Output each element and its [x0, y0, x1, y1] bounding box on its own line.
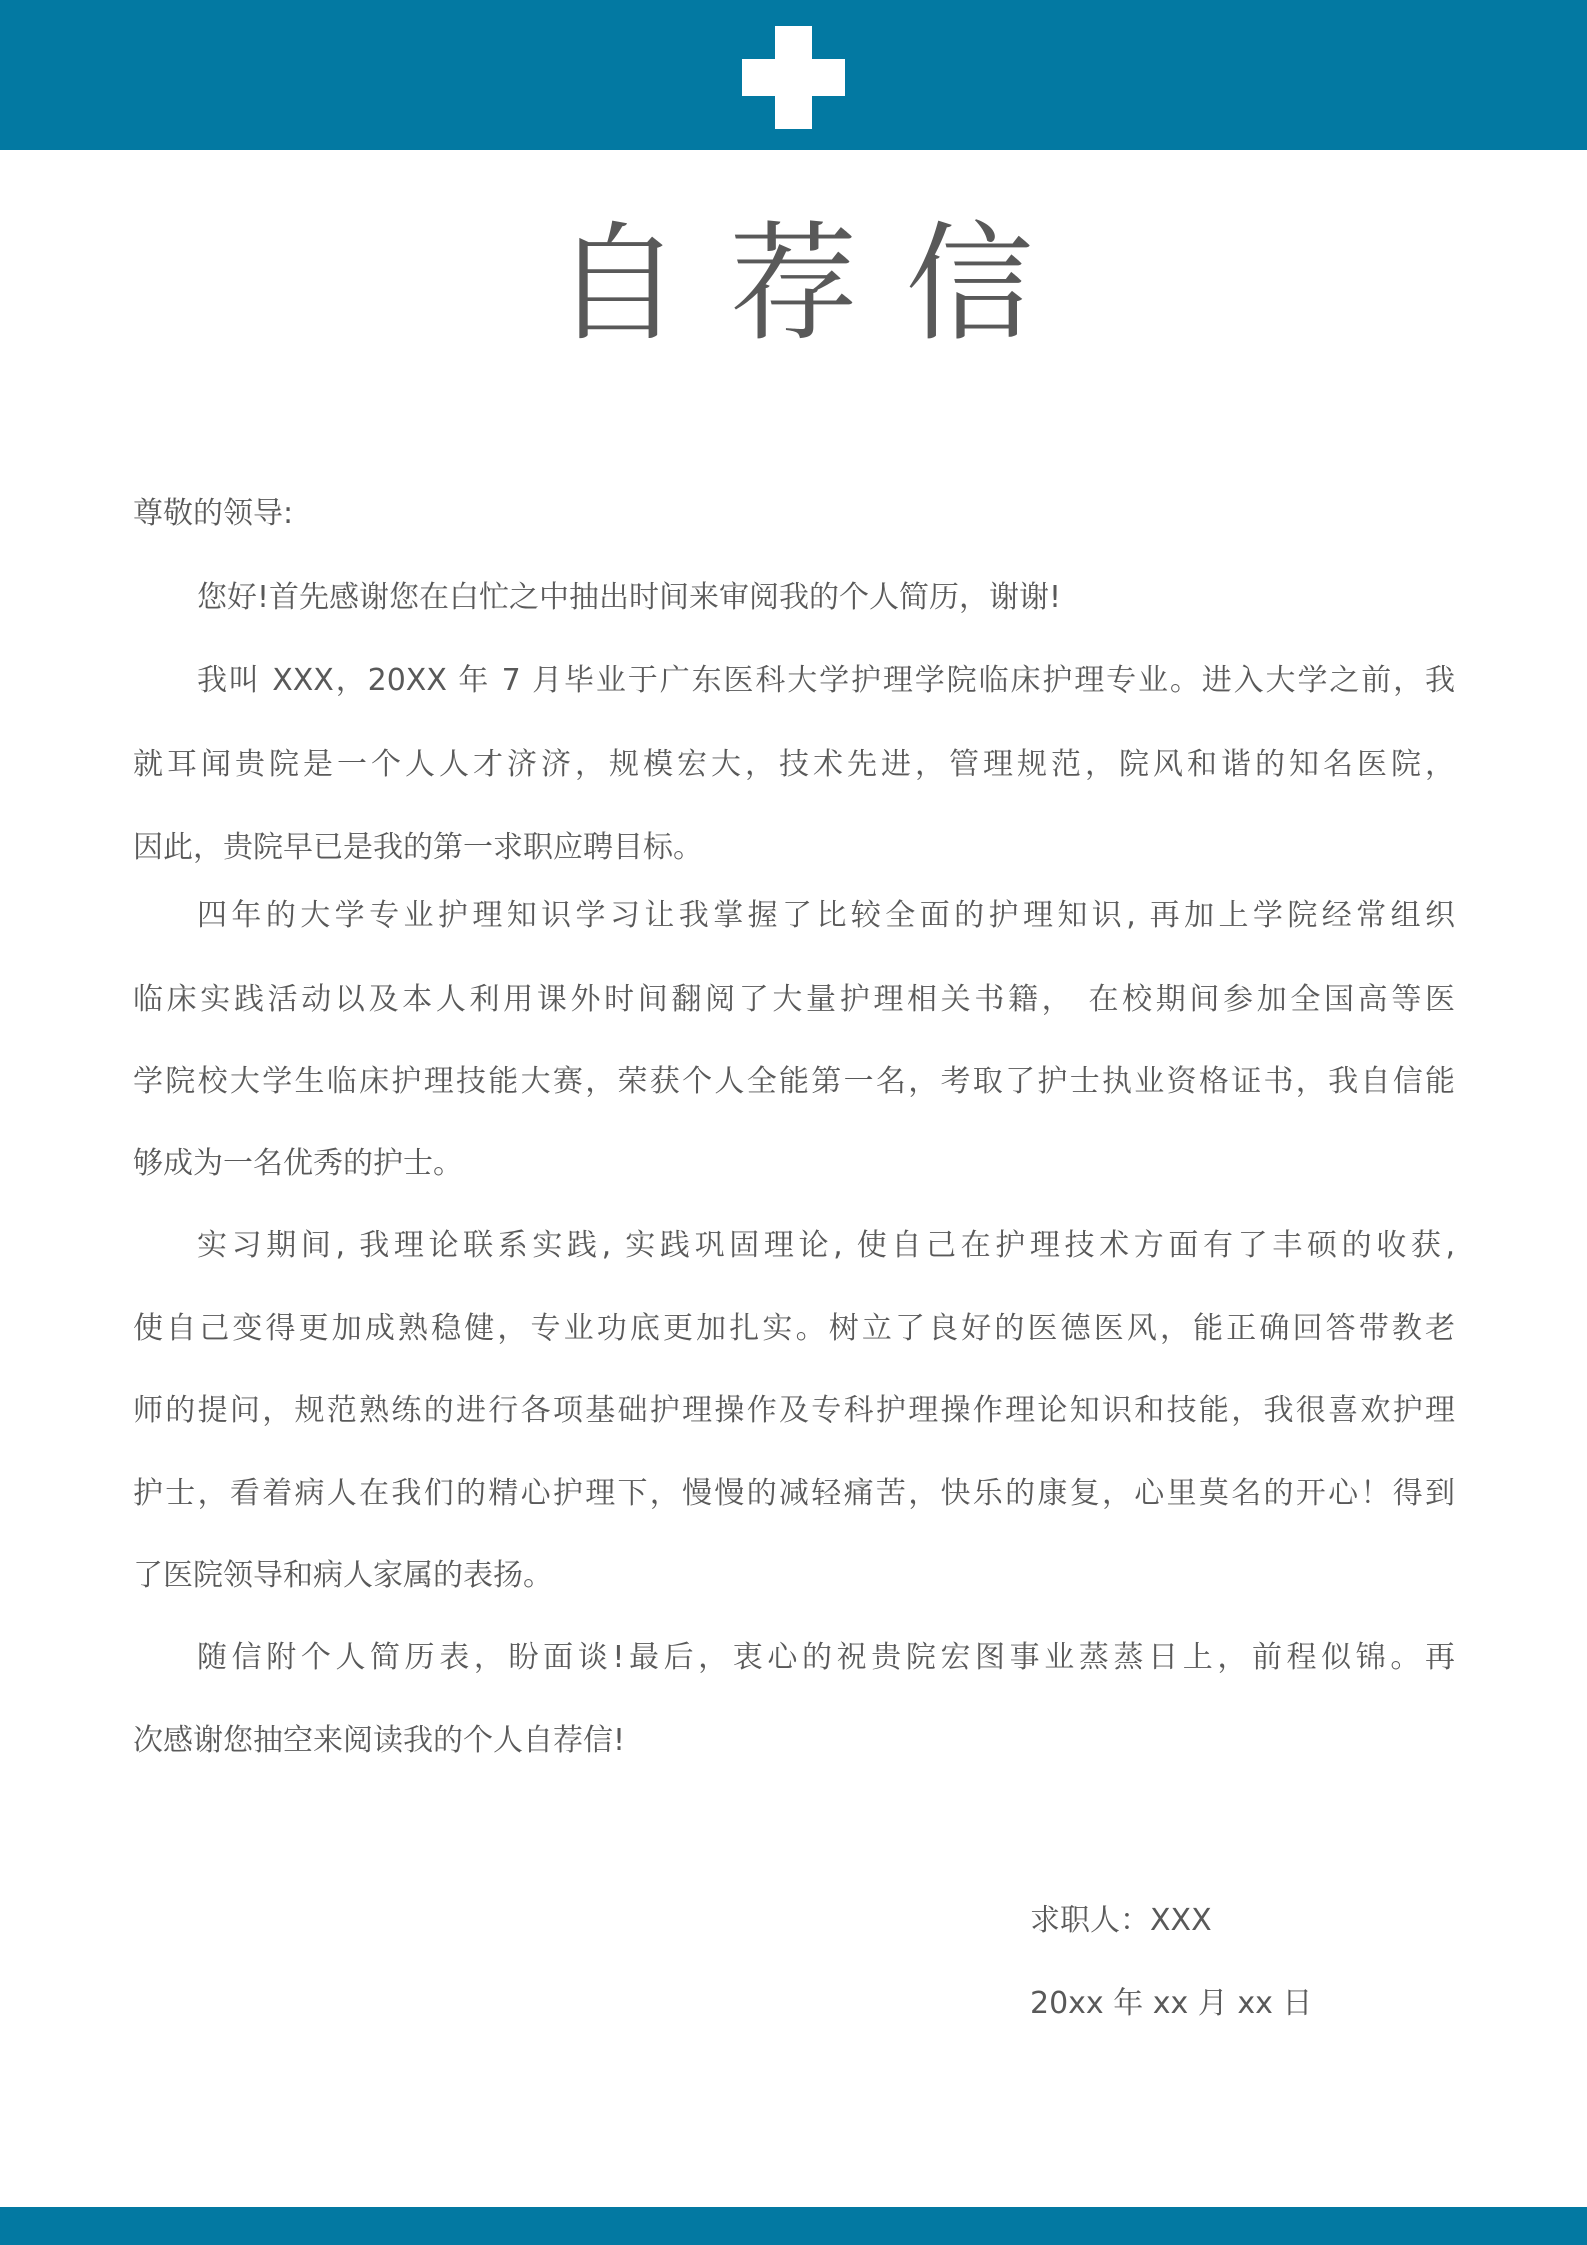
paragraph-line: 次感谢您抽空来阅读我的个人自荐信! — [133, 1721, 1455, 1761]
signature-date: 20xx 年 xx 月 xx 日 — [1030, 1984, 1312, 2024]
footer-band — [0, 2207, 1587, 2245]
paragraph-line: 护士，看着病人在我们的精心护理下，慢慢的减轻痛苦，快乐的康复，心里莫名的开心！得… — [133, 1474, 1455, 1514]
page-title: 自荐信 — [0, 205, 1587, 365]
paragraph-line: 了医院领导和病人家属的表扬。 — [133, 1556, 1455, 1596]
header-band — [0, 0, 1587, 150]
paragraph-line: 我叫 XXX，20XX 年 7 月毕业于广东医科大学护理学院临床护理专业。进入大… — [197, 661, 1455, 701]
paragraph-line: 临床实践活动以及本人利用课外时间翻阅了大量护理相关书籍， 在校期间参加全国高等医 — [133, 980, 1455, 1020]
paragraph-line: 因此，贵院早已是我的第一求职应聘目标。 — [133, 828, 1455, 868]
paragraph-line: 实习期间, 我理论联系实践, 实践巩固理论, 使自己在护理技术方面有了丰硕的收获… — [197, 1226, 1455, 1266]
paragraph-line: 够成为一名优秀的护士。 — [133, 1144, 1455, 1184]
paragraph-line: 四年的大学专业护理知识学习让我掌握了比较全面的护理知识, 再加上学院经常组织 — [197, 896, 1455, 936]
applicant-name: 求职人：XXX — [1030, 1901, 1212, 1941]
paragraph-line: 就耳闻贵院是一个人人才济济，规模宏大，技术先进，管理规范，院风和谐的知名医院， — [133, 745, 1455, 785]
paragraph-line: 师的提问，规范熟练的进行各项基础护理操作及专科护理操作理论知识和技能，我很喜欢护… — [133, 1391, 1455, 1431]
paragraph-line: 学院校大学生临床护理技能大赛，荣获个人全能第一名，考取了护士执业资格证书，我自信… — [133, 1062, 1455, 1102]
paragraph-line: 使自己变得更加成熟稳健，专业功底更加扎实。树立了良好的医德医风，能正确回答带教老 — [133, 1309, 1455, 1349]
salutation: 尊敬的领导: — [133, 494, 1455, 534]
paragraph-line: 您好!首先感谢您在白忙之中抽出时间来审阅我的个人简历，谢谢! — [197, 578, 1455, 618]
paragraph-line: 随信附个人简历表，盼面谈!最后，衷心的祝贵院宏图事业蒸蒸日上，前程似锦。再 — [197, 1638, 1455, 1678]
